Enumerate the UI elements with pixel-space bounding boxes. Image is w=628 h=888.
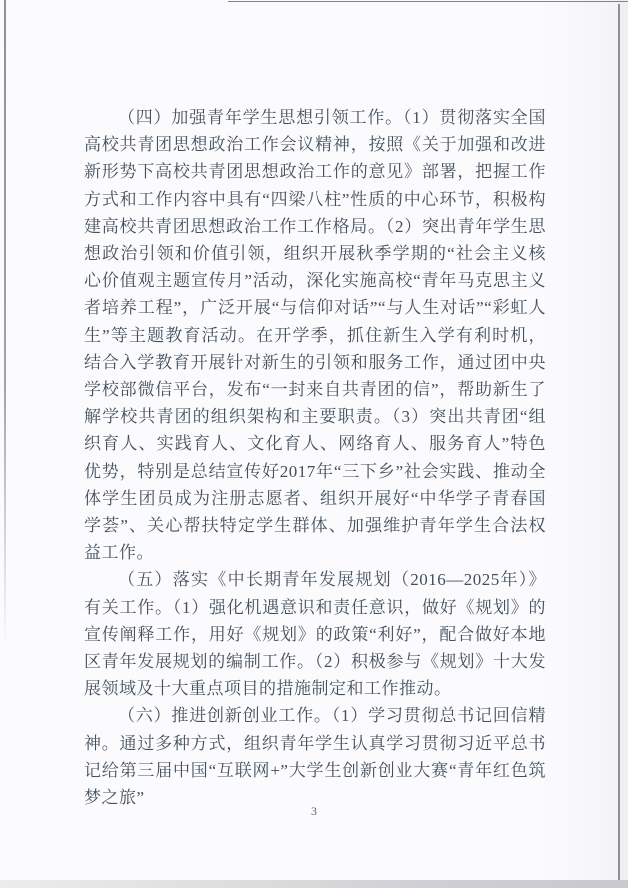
document-body-text: （四）加强青年学生思想引领工作。（1）贯彻落实全国高校共青团思想政治工作会议精神… xyxy=(84,104,546,811)
scan-edge-left-line xyxy=(4,0,6,648)
paragraph-section-5: （五）落实《中长期青年发展规划（2016—2025年）》有关工作。（1）强化机遇… xyxy=(84,566,546,702)
paragraph-section-4: （四）加强青年学生思想引领工作。（1）贯彻落实全国高校共青团思想政治工作会议精神… xyxy=(84,104,546,566)
scan-edge-top-line xyxy=(228,1,628,2)
scan-right-margin xyxy=(619,0,628,888)
scan-edge-bottom-band xyxy=(0,880,628,888)
scanned-document-page: （四）加强青年学生思想引领工作。（1）贯彻落实全国高校共青团思想政治工作会议精神… xyxy=(0,0,628,888)
page-number: 3 xyxy=(0,804,628,819)
scan-edge-right-line xyxy=(618,4,620,882)
paragraph-section-6: （六）推进创新创业工作。（1）学习贯彻总书记回信精神。通过多种方式，组织青年学生… xyxy=(84,702,546,811)
